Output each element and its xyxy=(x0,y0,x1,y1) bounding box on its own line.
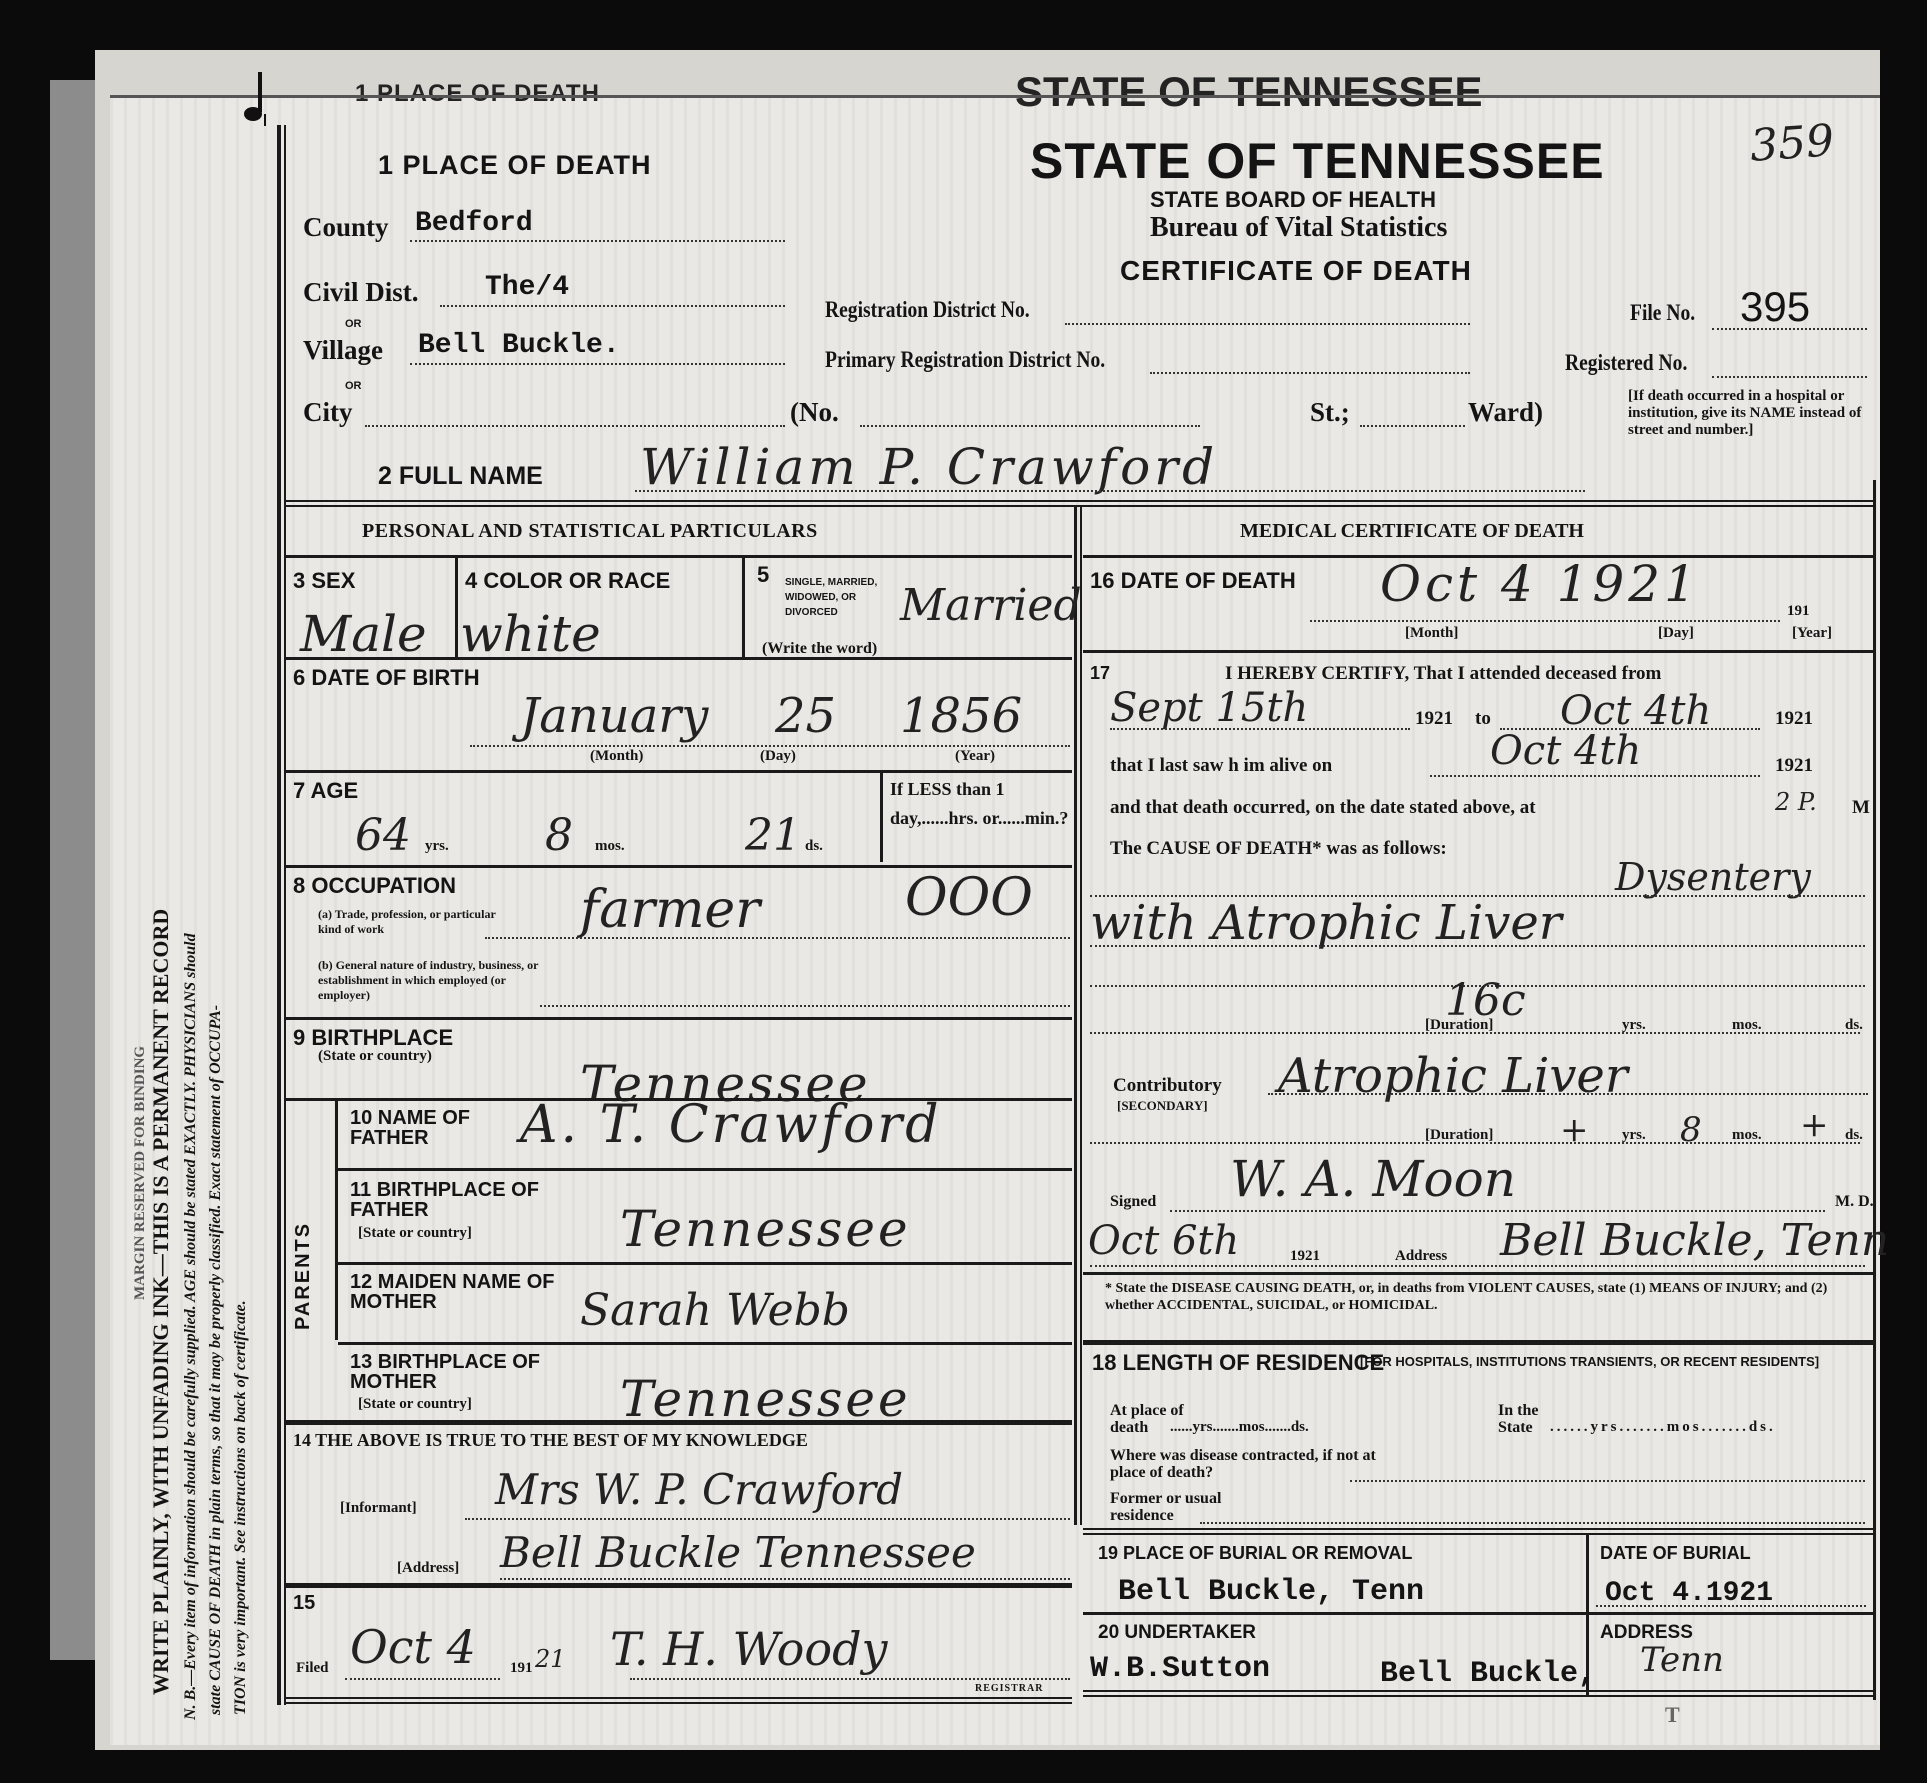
duration-2-label: [Duration] xyxy=(1425,1127,1493,1144)
death-time[interactable]: 2 P. xyxy=(1775,788,1817,816)
residence-title: 18 LENGTH OF RESIDENCE xyxy=(1092,1350,1384,1376)
sex-race-divider xyxy=(455,557,458,657)
margin-nb-line1: N. B.—Every item of information should b… xyxy=(182,933,200,1720)
physician-address-label: Address xyxy=(1395,1248,1447,1265)
age-less-divider xyxy=(880,772,883,862)
undertaker-label: 20 UNDERTAKER xyxy=(1098,1622,1256,1644)
undertaker-value[interactable]: W.B.Sutton xyxy=(1090,1652,1270,1686)
contributory-months[interactable]: 8 xyxy=(1680,1110,1702,1150)
civil-dist-value[interactable]: The/4 xyxy=(485,272,569,303)
race-value[interactable]: white xyxy=(460,605,601,663)
filed-label: Filed xyxy=(296,1660,329,1677)
full-name-field-line xyxy=(635,490,1585,492)
cert-text: I HEREBY CERTIFY, That I attended deceas… xyxy=(1225,663,1661,685)
race-label: 4 COLOR OR RACE xyxy=(465,568,670,594)
occupation-label: 8 OCCUPATION xyxy=(293,873,456,899)
dod-label: 16 DATE OF DEATH xyxy=(1090,568,1296,594)
mother-birthplace-hint: [State or country] xyxy=(358,1396,472,1413)
street-no-label: (No. xyxy=(790,397,839,428)
parents-column-divider xyxy=(335,1100,338,1340)
file-no-label: File No. xyxy=(1630,300,1695,326)
cause-footnote: * State the DISEASE CAUSING DEATH, or, i… xyxy=(1105,1280,1870,1314)
at-place-units[interactable]: ......yrs.......mos.......ds. xyxy=(1170,1419,1309,1436)
dob-year-hint: (Year) xyxy=(955,748,995,765)
dob-month-hint: (Month) xyxy=(590,748,643,765)
age-months[interactable]: 8 xyxy=(545,810,573,861)
dod-value[interactable]: Oct 4 1921 xyxy=(1380,555,1700,613)
margin-reserved-note: MARGIN RESERVED FOR BINDING xyxy=(132,1046,149,1300)
top-sheet-edge xyxy=(110,95,1880,98)
binding-mark-icon xyxy=(240,72,270,130)
duration-2-mos: mos. xyxy=(1732,1127,1762,1144)
registrar-label: REGISTRAR xyxy=(975,1683,1043,1694)
civil-dist-label: Civil Dist. xyxy=(303,277,419,308)
row-divider-10 xyxy=(338,1168,1072,1171)
county-value[interactable]: Bedford xyxy=(415,208,533,239)
occupation-b-field-line[interactable] xyxy=(540,1005,1070,1007)
father-name-value[interactable]: A. T. Crawford xyxy=(520,1095,942,1155)
informant-title: 14 THE ABOVE IS TRUE TO THE BEST OF MY K… xyxy=(293,1430,808,1451)
death-time-suffix: M xyxy=(1852,797,1870,819)
registered-no-field[interactable] xyxy=(1712,376,1867,378)
informant-address-label: [Address] xyxy=(397,1560,459,1577)
form-right-border xyxy=(1873,480,1876,1700)
duration-1-mos: mos. xyxy=(1732,1017,1762,1034)
hospital-note: [If death occurred in a hospital or inst… xyxy=(1628,388,1873,439)
filed-date[interactable]: Oct 4 xyxy=(350,1620,476,1674)
burial-place-label: 19 PLACE OF BURIAL OR REMOVAL xyxy=(1098,1543,1412,1564)
residence-divider xyxy=(1083,1528,1873,1530)
cert-num: 17 xyxy=(1090,663,1110,684)
stray-mark: T xyxy=(1665,1702,1680,1728)
bottom-border-right xyxy=(1083,1690,1873,1692)
occupation-a-hint: (a) Trade, profession, or particular kin… xyxy=(318,907,508,937)
village-label: Village xyxy=(303,335,383,366)
row-divider-13 xyxy=(286,1420,1072,1425)
occurred-text: and that death occurred, on the date sta… xyxy=(1110,797,1536,819)
contracted-label: Where was disease contracted, if not at … xyxy=(1110,1447,1380,1481)
sex-value[interactable]: Male xyxy=(300,605,427,663)
attended-from[interactable]: Sept 15th xyxy=(1110,685,1308,731)
dod-divider xyxy=(1083,650,1873,653)
filed-date-line xyxy=(345,1678,500,1680)
last-saw-text: that I last saw h im alive on xyxy=(1110,755,1332,777)
registrar-line xyxy=(630,1678,1070,1680)
attended-from-line xyxy=(1110,728,1410,730)
filed-year[interactable]: 21 xyxy=(535,1645,566,1673)
age-yrs-label: yrs. xyxy=(425,838,449,855)
row-divider-11 xyxy=(338,1262,1072,1265)
medical-section-title: MEDICAL CERTIFICATE OF DEATH xyxy=(1240,520,1584,543)
father-birthplace-hint: [State or country] xyxy=(358,1225,472,1242)
dob-month[interactable]: January xyxy=(520,688,708,744)
signed-date-rule xyxy=(1090,1265,1865,1267)
or-label-2: OR xyxy=(345,380,362,393)
parents-label: PARENTS xyxy=(292,1222,315,1330)
informant-value[interactable]: Mrs W. P. Crawford xyxy=(495,1465,903,1514)
duration-1-yrs: yrs. xyxy=(1622,1017,1646,1034)
row-divider-3 xyxy=(286,657,1072,660)
certificate-of-death-title: CERTIFICATE OF DEATH xyxy=(1120,255,1472,287)
file-no-field xyxy=(1712,328,1867,330)
attended-to-year[interactable]: 1921 xyxy=(1775,708,1813,730)
former-residence-label: Former or usual residence xyxy=(1110,1490,1250,1524)
footnote-divider xyxy=(1083,1340,1873,1345)
signed-rule xyxy=(1170,1210,1825,1212)
filed-num: 15 xyxy=(293,1592,315,1615)
burial-divider xyxy=(1083,1612,1873,1615)
signed-year[interactable]: 1921 xyxy=(1290,1248,1320,1265)
last-saw-year[interactable]: 1921 xyxy=(1775,755,1813,777)
registration-district-field[interactable] xyxy=(1065,323,1470,325)
last-saw-line xyxy=(1430,775,1760,777)
signed-label: Signed xyxy=(1110,1193,1156,1211)
duration-2-yrs: yrs. xyxy=(1622,1127,1646,1144)
burial-place-value[interactable]: Bell Buckle, Tenn xyxy=(1118,1575,1424,1609)
ward-field-line[interactable] xyxy=(1360,425,1465,427)
row-divider-6 xyxy=(286,770,1072,773)
contracted-rule[interactable] xyxy=(1350,1480,1865,1482)
mother-name-label: 12 MAIDEN NAME OF MOTHER xyxy=(350,1272,590,1312)
dob-day-hint: (Day) xyxy=(760,748,796,765)
last-saw-date[interactable]: Oct 4th xyxy=(1490,728,1641,774)
ghost-state-title: STATE OF TENNESSEE xyxy=(1015,68,1483,116)
age-mos-label: mos. xyxy=(595,838,625,855)
cause-line-2-rule xyxy=(1090,945,1865,947)
undertaker-address-hand[interactable]: Tenn xyxy=(1640,1640,1724,1680)
registrar-signature[interactable]: T. H. Woody xyxy=(610,1622,888,1676)
state-title: STATE OF TENNESSEE xyxy=(1030,132,1605,190)
place-of-death-title: 1 PLACE OF DEATH xyxy=(378,150,652,181)
board-of-health: STATE BOARD OF HEALTH xyxy=(1150,187,1436,213)
mother-birthplace-label: 13 BIRTHPLACE OF MOTHER xyxy=(350,1352,590,1392)
county-field-line xyxy=(410,240,785,242)
city-field-line[interactable] xyxy=(365,425,785,427)
row-divider-8 xyxy=(286,1017,1072,1020)
physician-address[interactable]: Bell Buckle, Tenn xyxy=(1500,1215,1889,1266)
dod-day-hint: [Day] xyxy=(1658,625,1694,642)
registration-district-label: Registration District No. xyxy=(825,297,1030,323)
duration-1-label: [Duration] xyxy=(1425,1017,1493,1034)
contributory-rule xyxy=(1268,1093,1868,1095)
residence-hint: [FOR HOSPITALS, INSTITUTIONS TRANSIENTS,… xyxy=(1360,1353,1870,1370)
contributory-value[interactable]: Atrophic Liver xyxy=(1278,1048,1628,1104)
dod-year-hint: [Year] xyxy=(1792,625,1832,642)
contributory-days[interactable]: + xyxy=(1800,1105,1829,1145)
in-state-label: In the State xyxy=(1498,1402,1558,1436)
dob-year[interactable]: 1856 xyxy=(900,688,1022,744)
dob-field-line xyxy=(470,745,1070,747)
dod-year-prefix: 191 xyxy=(1787,603,1810,620)
contributory-years[interactable]: + xyxy=(1560,1110,1589,1150)
margin-nb-line3: TION is very important. See instructions… xyxy=(232,1300,250,1715)
less-than-note: If LESS than 1 day,......hrs. or......mi… xyxy=(890,775,1070,833)
center-divider xyxy=(1074,505,1077,1525)
signature-divider xyxy=(1083,1272,1873,1275)
full-name-label: 2 FULL NAME xyxy=(378,462,543,491)
street-label: St.; xyxy=(1310,397,1350,428)
margin-write-plainly: WRITE PLAINLY, WITH UNFADING INK—THIS IS… xyxy=(148,909,174,1695)
bureau-vital-statistics: Bureau of Vital Statistics xyxy=(1150,212,1447,244)
age-label: 7 AGE xyxy=(293,778,358,804)
occupation-value[interactable]: farmer xyxy=(580,880,760,940)
header-divider xyxy=(286,500,1875,502)
marital-value[interactable]: Married xyxy=(900,580,1082,631)
file-no-value[interactable]: 395 xyxy=(1740,283,1810,331)
city-label: City xyxy=(303,397,353,428)
cause-line-2[interactable]: with Atrophic Liver xyxy=(1090,895,1562,951)
informant-address-value[interactable]: Bell Buckle Tennessee xyxy=(500,1528,976,1577)
in-state-units[interactable]: ......yrs.......mos.......ds. xyxy=(1550,1419,1776,1436)
dob-day[interactable]: 25 xyxy=(775,688,836,744)
occupation-b-hint: (b) General nature of industry, business… xyxy=(318,958,548,1003)
primary-registration-label: Primary Registration District No. xyxy=(825,347,1105,373)
physician-signature[interactable]: W. A. Moon xyxy=(1230,1150,1516,1208)
dod-month-hint: [Month] xyxy=(1405,625,1458,642)
birthplace-hint: (State or country) xyxy=(318,1048,432,1065)
bottom-border-left xyxy=(286,1697,1072,1699)
page-shadow xyxy=(50,80,100,1660)
father-name-label: 10 NAME OF FATHER xyxy=(350,1108,520,1148)
contributory-label: Contributory xyxy=(1113,1075,1222,1097)
ward-label: Ward) xyxy=(1468,397,1543,428)
stamp-number: 359 xyxy=(1748,115,1835,172)
center-divider-inner xyxy=(1080,505,1082,1525)
age-days[interactable]: 21 xyxy=(745,810,801,861)
burial-date-rule xyxy=(1596,1605,1866,1607)
form-left-border xyxy=(277,125,281,1705)
md-label: M. D. xyxy=(1835,1193,1874,1211)
attended-from-year[interactable]: 1921 xyxy=(1415,708,1453,730)
form-left-border-inner xyxy=(284,125,286,1705)
civil-dist-field-line xyxy=(440,305,785,307)
mother-name-value[interactable]: Sarah Webb xyxy=(580,1285,850,1336)
undertaker-address-typed[interactable]: Bell Buckle, xyxy=(1380,1657,1596,1691)
informant-label: [Informant] xyxy=(340,1500,417,1517)
village-field-line xyxy=(410,363,785,365)
margin-nb-line2: state CAUSE OF DEATH in plain terms, so … xyxy=(207,1005,225,1715)
personal-title-divider xyxy=(286,555,1072,558)
age-years[interactable]: 64 xyxy=(355,810,411,861)
ghost-place-of-death: 1 PLACE OF DEATH xyxy=(355,80,600,108)
primary-registration-field[interactable] xyxy=(1150,372,1470,374)
sex-label: 3 SEX xyxy=(293,568,355,594)
former-residence-rule[interactable] xyxy=(1200,1522,1865,1524)
street-field-line[interactable] xyxy=(860,425,1200,427)
dob-label: 6 DATE OF BIRTH xyxy=(293,665,480,691)
father-birthplace-label: 11 BIRTHPLACE OF FATHER xyxy=(350,1180,590,1220)
informant-address-line xyxy=(500,1578,1070,1580)
county-label: County xyxy=(303,212,389,243)
occupation-a-field-line xyxy=(485,937,1070,939)
village-value[interactable]: Bell Buckle. xyxy=(418,330,620,361)
row-divider-12 xyxy=(338,1342,1072,1345)
filed-year-prefix: 191 xyxy=(510,1660,533,1677)
marital-num: 5 xyxy=(757,562,769,588)
informant-field-line xyxy=(465,1518,1070,1520)
row-divider-14 xyxy=(286,1583,1072,1588)
cause-line-1[interactable]: Dysentery xyxy=(1615,855,1811,899)
marital-options: SINGLE, MARRIED, WIDOWED, OR DIVORCED xyxy=(785,575,885,620)
dod-field-line xyxy=(1310,620,1780,622)
cause-label: The CAUSE OF DEATH* was as follows: xyxy=(1110,838,1447,860)
occupation-code: OOO xyxy=(905,868,1033,928)
full-name-value[interactable]: William P. Crawford xyxy=(640,438,1218,496)
burial-date-label: DATE OF BURIAL xyxy=(1600,1543,1751,1564)
father-birthplace-value[interactable]: Tennessee xyxy=(620,1200,911,1258)
personal-section-title: PERSONAL AND STATISTICAL PARTICULARS xyxy=(362,520,818,543)
age-ds-label: ds. xyxy=(805,838,823,855)
attended-to-label: to xyxy=(1475,708,1491,730)
secondary-label: [SECONDARY] xyxy=(1117,1098,1208,1114)
race-marital-divider xyxy=(742,557,745,657)
duration-1-ds: ds. xyxy=(1845,1017,1863,1034)
registered-no-label: Registered No. xyxy=(1565,350,1687,376)
duration-2-ds: ds. xyxy=(1845,1127,1863,1144)
or-label-1: OR xyxy=(345,318,362,331)
signed-date[interactable]: Oct 6th xyxy=(1088,1218,1239,1264)
marital-hint: (Write the word) xyxy=(762,640,877,658)
